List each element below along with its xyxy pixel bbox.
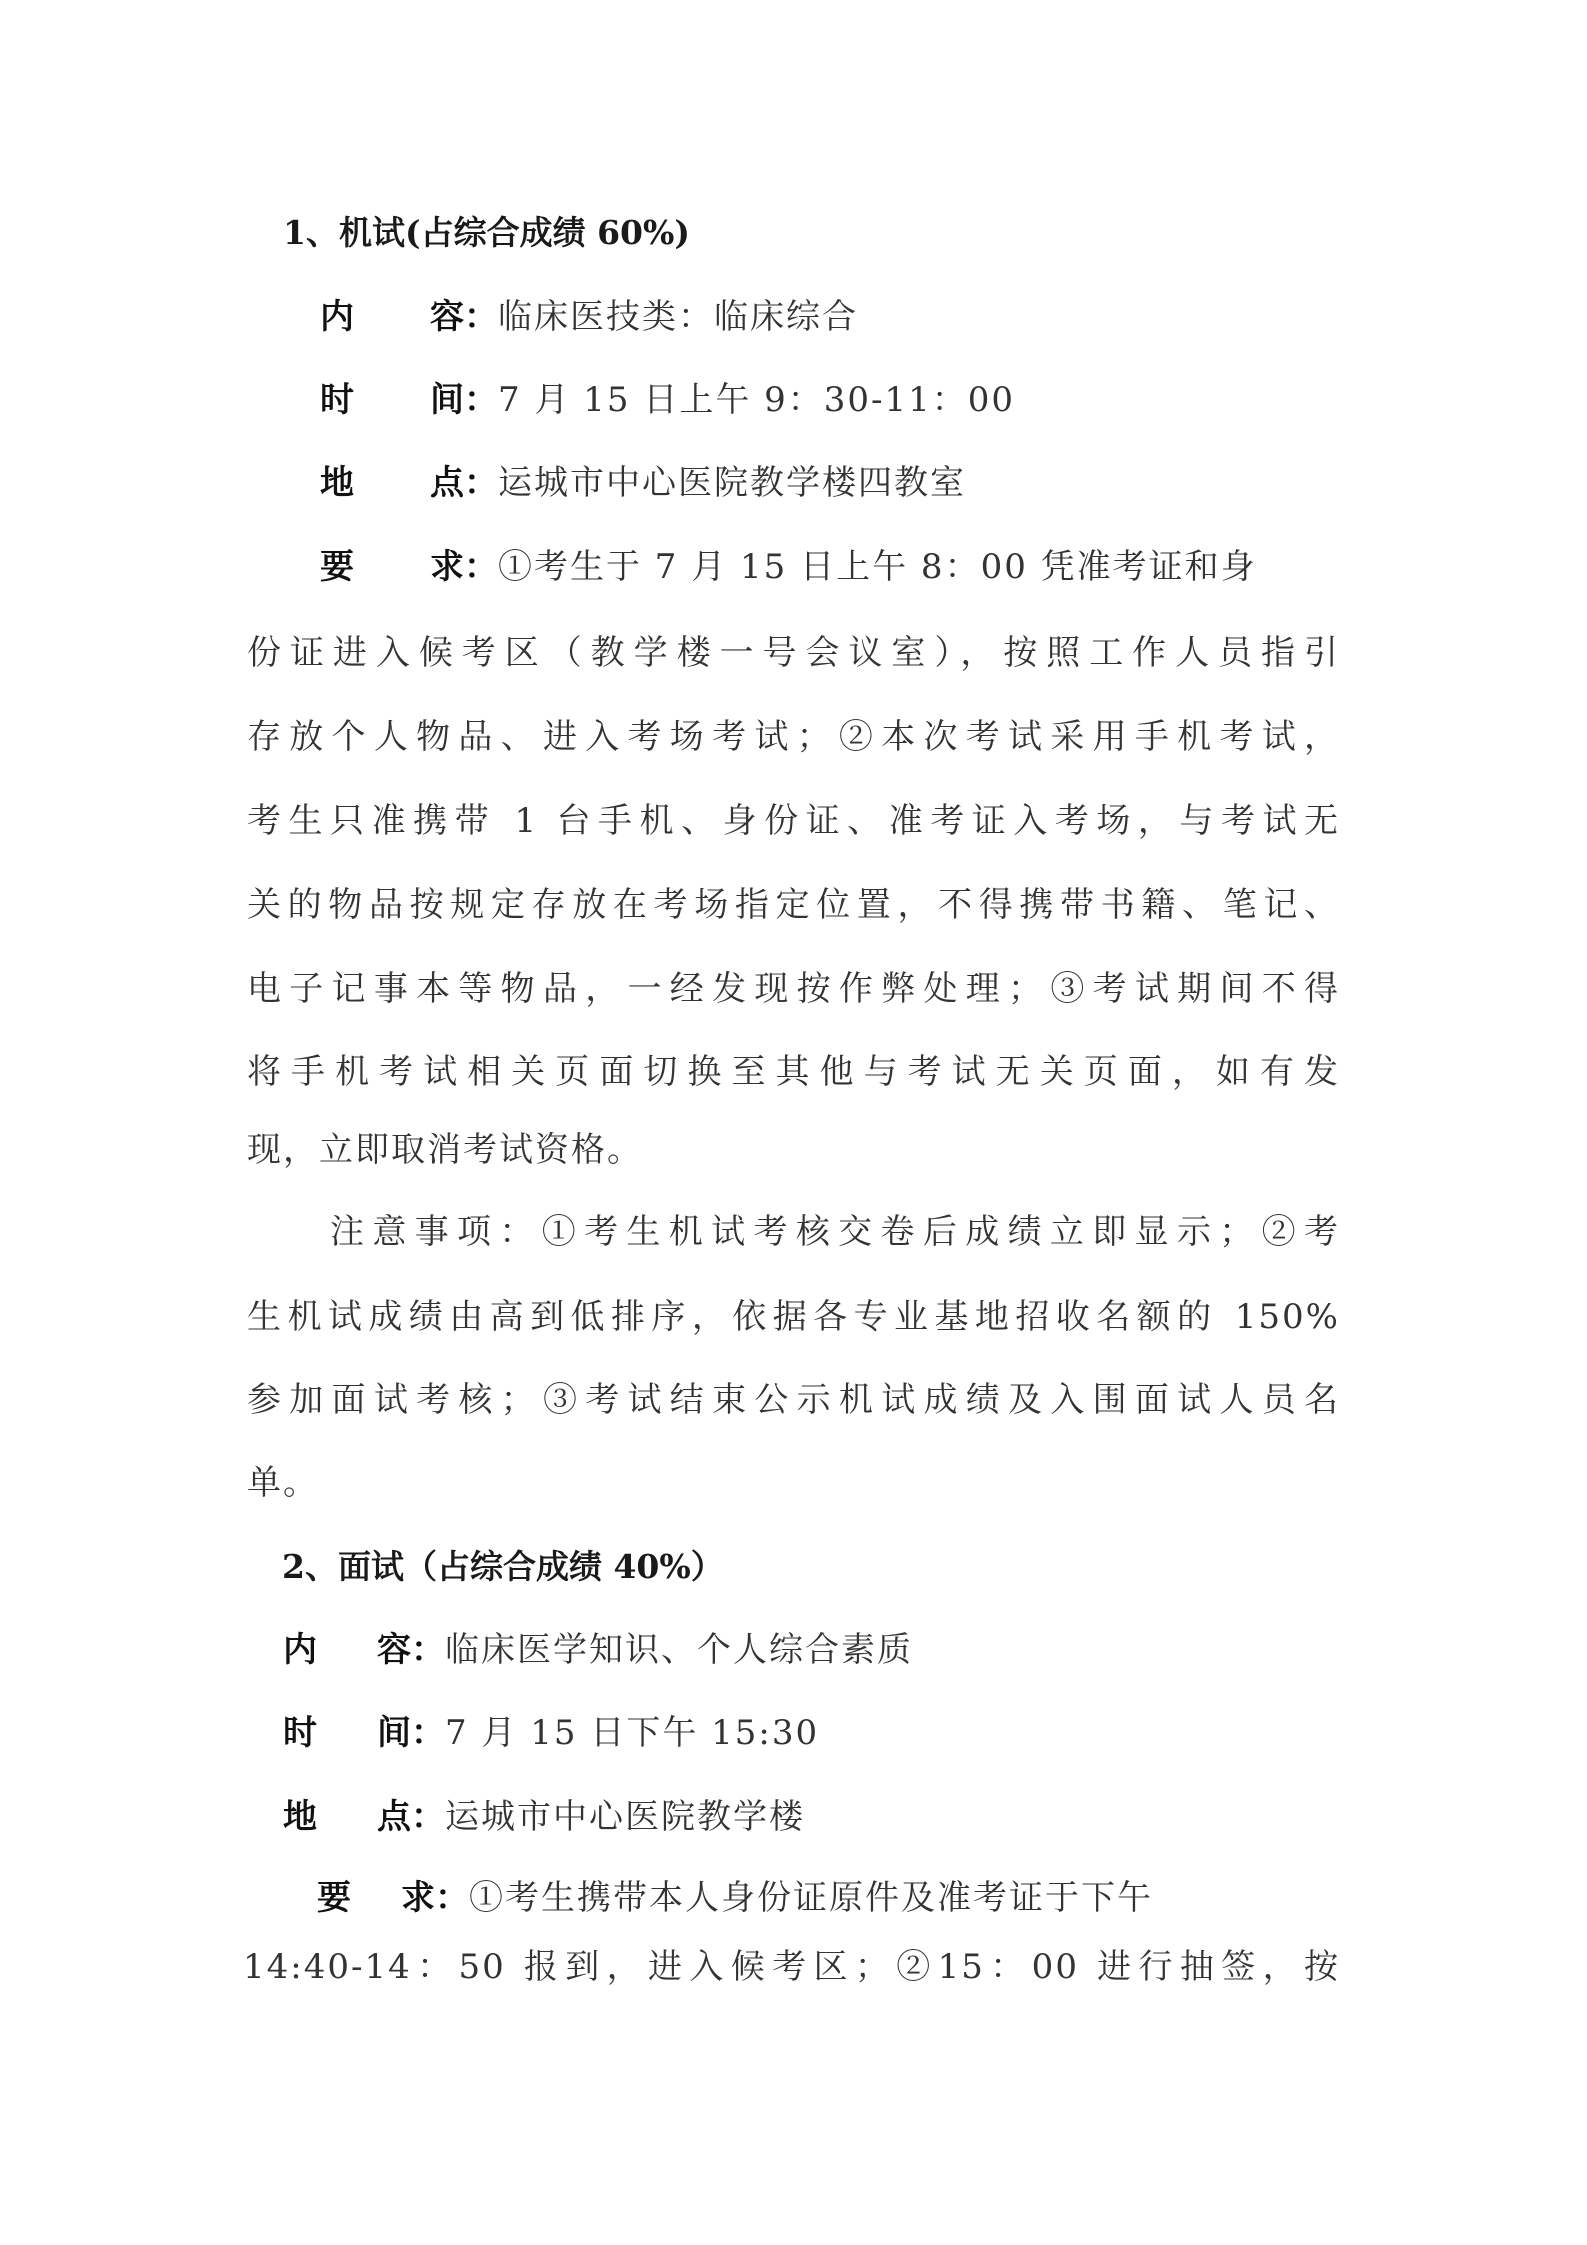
location-label-a: 地 [320, 463, 430, 503]
requirements-label-a: 要 [317, 1878, 401, 1918]
notes-line: 参加面试考核；③考试结束公示机试成绩及入围面试人员名 [247, 1380, 1340, 1420]
requirements-line: 14:40-14：50 报到，进入候考区；②15：00 进行抽签，按 [243, 1947, 1340, 1987]
time-label-b: 间： [377, 1713, 445, 1753]
time-label-b: 间： [430, 380, 498, 420]
section2-requirements-row: 要求：①考生携带本人身份证原件及准考证于下午 [317, 1878, 1340, 1918]
notes-line: 生机试成绩由高到低排序，依据各专业基地招收名额的 150% [247, 1297, 1340, 1337]
location-label-a: 地 [283, 1797, 377, 1837]
location-label-b: 点： [377, 1797, 445, 1837]
section2-time-row: 时间：7 月 15 日下午 15:30 [283, 1713, 819, 1753]
requirements-line: ①考生携带本人身份证原件及准考证于下午 [469, 1878, 1153, 1918]
content-label-b: 容： [430, 297, 498, 337]
requirements-line: ①考生于 7 月 15 日上午 8：00 凭准考证和身 [498, 547, 1257, 587]
requirements-label-b: 求： [430, 547, 498, 587]
requirements-line: 关的物品按规定存放在考场指定位置，不得携带书籍、笔记、 [247, 885, 1340, 925]
content-label-a: 内 [320, 297, 430, 337]
section1-heading: 1、机试(占综合成绩 60%) [283, 213, 690, 253]
content-value: 临床医技类：临床综合 [498, 297, 858, 337]
time-label-a: 时 [283, 1713, 377, 1753]
time-value: 7 月 15 日上午 9：30-11：00 [498, 380, 1015, 420]
notes-line: 单。 [247, 1463, 319, 1503]
section2-content-row: 内容：临床医学知识、个人综合素质 [283, 1630, 913, 1670]
content-label-a: 内 [283, 1630, 377, 1670]
section1-requirements-row: 要求：①考生于 7 月 15 日上午 8：00 凭准考证和身 [320, 547, 1340, 587]
notes-line: 注意事项：①考生机试考核交卷后成绩立即显示；②考 [330, 1212, 1340, 1252]
requirements-line: 现，立即取消考试资格。 [247, 1130, 643, 1170]
requirements-line: 将手机考试相关页面切换至其他与考试无关页面，如有发 [247, 1052, 1340, 1092]
requirements-line: 存放个人物品、进入考场考试；②本次考试采用手机考试， [247, 717, 1340, 757]
requirements-label-b: 求： [401, 1878, 469, 1918]
requirements-line: 考生只准携带 1 台手机、身份证、准考证入考场，与考试无 [247, 801, 1340, 841]
section1-content-row: 内容：临床医技类：临床综合 [320, 297, 858, 337]
content-label-b: 容： [377, 1630, 445, 1670]
section1-location-row: 地点：运城市中心医院教学楼四教室 [320, 463, 966, 503]
requirements-line: 份证进入候考区（教学楼一号会议室），按照工作人员指引 [247, 633, 1340, 673]
location-value: 运城市中心医院教学楼四教室 [498, 463, 966, 503]
requirements-label-a: 要 [320, 547, 430, 587]
section2-location-row: 地点：运城市中心医院教学楼 [283, 1797, 805, 1837]
section1-time-row: 时间：7 月 15 日上午 9：30-11：00 [320, 380, 1015, 420]
location-label-b: 点： [430, 463, 498, 503]
time-label-a: 时 [320, 380, 430, 420]
content-value: 临床医学知识、个人综合素质 [445, 1630, 913, 1670]
location-value: 运城市中心医院教学楼 [445, 1797, 805, 1837]
requirements-line: 电子记事本等物品，一经发现按作弊处理；③考试期间不得 [247, 969, 1340, 1009]
time-value: 7 月 15 日下午 15:30 [445, 1713, 819, 1753]
section2-heading: 2、面试（占综合成绩 40%） [282, 1547, 724, 1587]
